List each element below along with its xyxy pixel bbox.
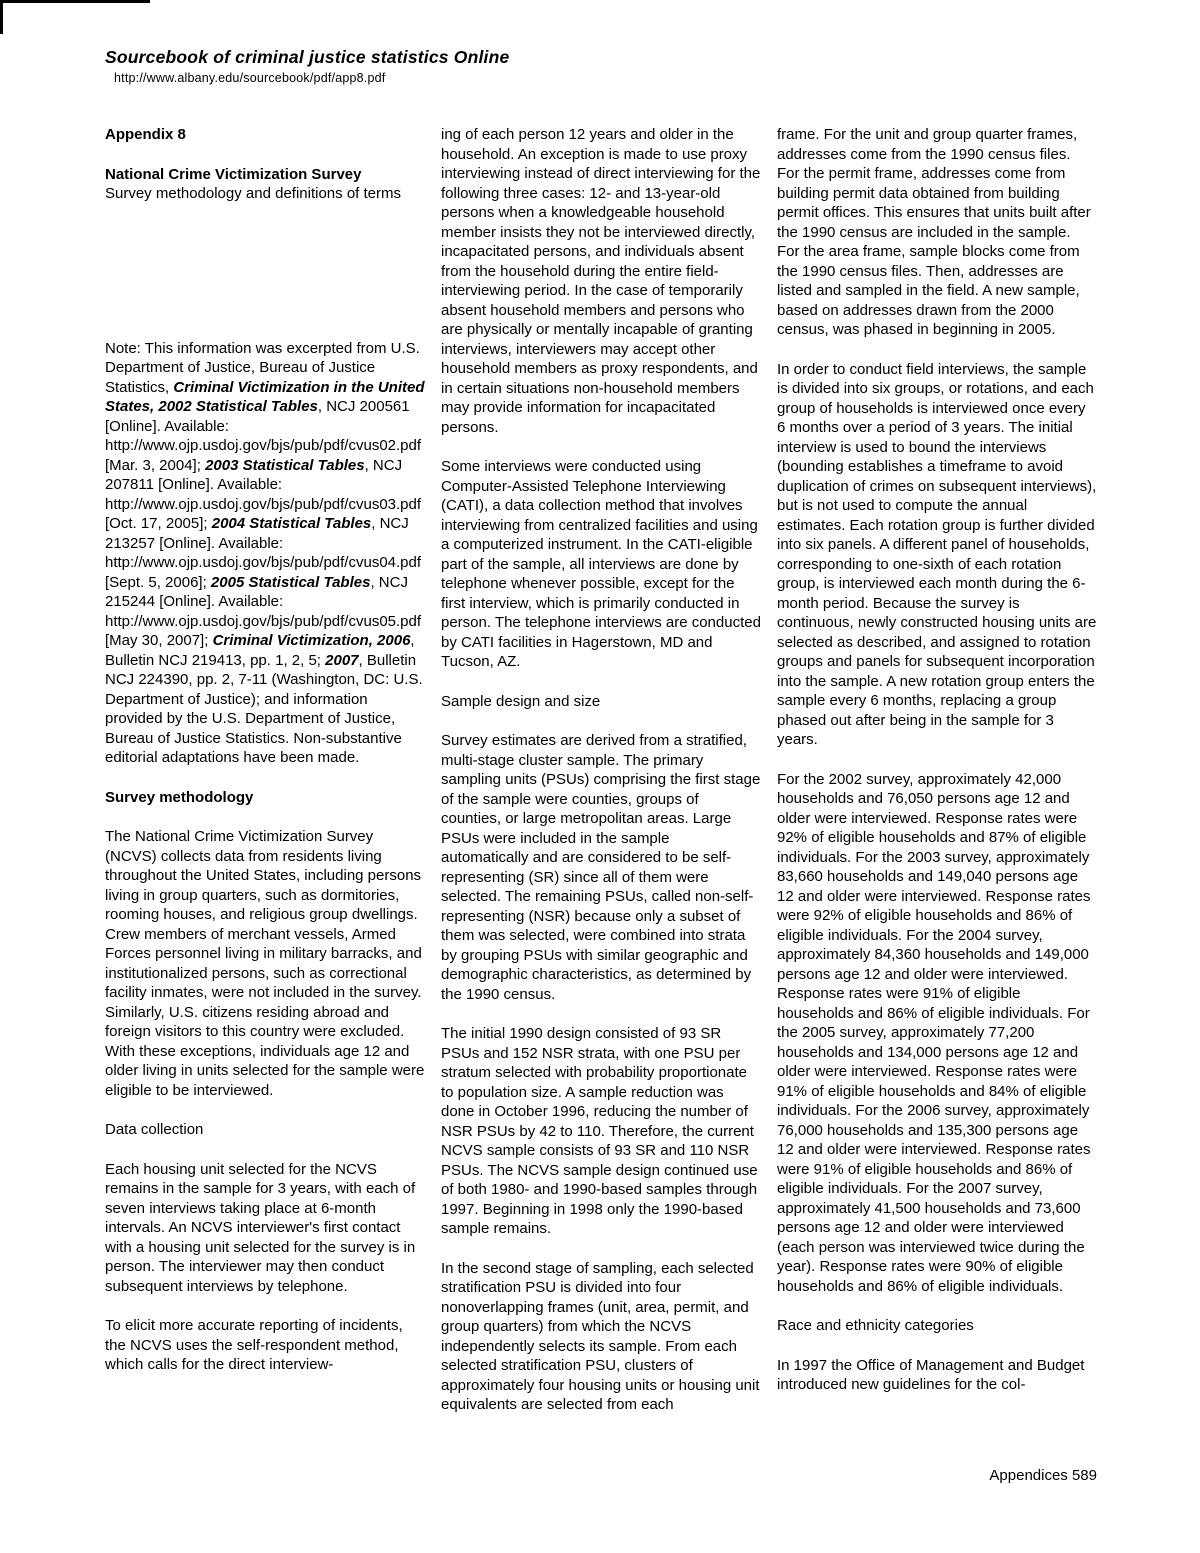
text-segment: National Crime Victimization Survey: [105, 166, 361, 183]
race-ethnicity-subheading: Race and ethnicity categories: [777, 1316, 1097, 1336]
paragraph-second-stage: In the second stage of sampling, each se…: [441, 1259, 761, 1415]
scanned-document-page: Sourcebook of criminal justice statistic…: [0, 0, 1200, 1553]
book-title: Sourcebook of criminal justice statistic…: [105, 47, 509, 67]
title-gap: [105, 224, 425, 319]
column-3: frame. For the unit and group quarter fr…: [777, 125, 1097, 1435]
text-segment: Survey methodology and definitions of te…: [105, 185, 401, 202]
text-segment: Criminal Victimization, 2006: [213, 632, 411, 649]
sample-design-subheading: Sample design and size: [441, 692, 761, 712]
text-segment: 2005 Statistical Tables: [211, 574, 371, 591]
paragraph-frames: frame. For the unit and group quarter fr…: [777, 125, 1097, 340]
document-title-block: National Crime Victimization Survey Surv…: [105, 165, 425, 204]
scan-edge-artifact: [0, 0, 3, 34]
paragraph-housing-unit: Each housing unit selected for the NCVS …: [105, 1160, 425, 1297]
paragraph-cati: Some interviews were conducted using Com…: [441, 457, 761, 672]
paragraph-self-respondent: To elicit more accurate reporting of inc…: [105, 1316, 425, 1375]
paragraph-response-rates: For the 2002 survey, approximately 42,00…: [777, 770, 1097, 1297]
paragraph-psu-design: Survey estimates are derived from a stra…: [441, 731, 761, 1004]
paragraph-omb-guidelines: In 1997 the Office of Management and Bud…: [777, 1356, 1097, 1395]
paragraph-ncvs-overview: The National Crime Victimization Survey …: [105, 827, 425, 1100]
source-url: http://www.albany.edu/sourcebook/pdf/app…: [114, 71, 509, 86]
data-collection-subheading: Data collection: [105, 1120, 425, 1140]
text-segment: 2007: [325, 652, 358, 669]
body-columns: Appendix 8National Crime Victimization S…: [105, 125, 1097, 1435]
column-2: ing of each person 12 years and older in…: [441, 125, 761, 1435]
document-header: Sourcebook of criminal justice statistic…: [105, 47, 509, 86]
column-1: Appendix 8National Crime Victimization S…: [105, 125, 425, 1435]
text-segment: 2003 Statistical Tables: [205, 457, 365, 474]
scan-edge-artifact: [0, 0, 150, 3]
text-segment: 2004 Statistical Tables: [212, 515, 372, 532]
appendix-number-heading: Appendix 8: [105, 125, 425, 145]
source-note-paragraph: Note: This information was excerpted fro…: [105, 339, 425, 768]
page-number-label: Appendices 589: [989, 1467, 1097, 1484]
paragraph-1990-design: The initial 1990 design consisted of 93 …: [441, 1024, 761, 1239]
paragraph-proxy-interviewing: ing of each person 12 years and older in…: [441, 125, 761, 437]
survey-methodology-heading: Survey methodology: [105, 788, 425, 808]
page-footer: Appendices 589: [105, 1466, 1097, 1486]
paragraph-rotations: In order to conduct field interviews, th…: [777, 360, 1097, 750]
